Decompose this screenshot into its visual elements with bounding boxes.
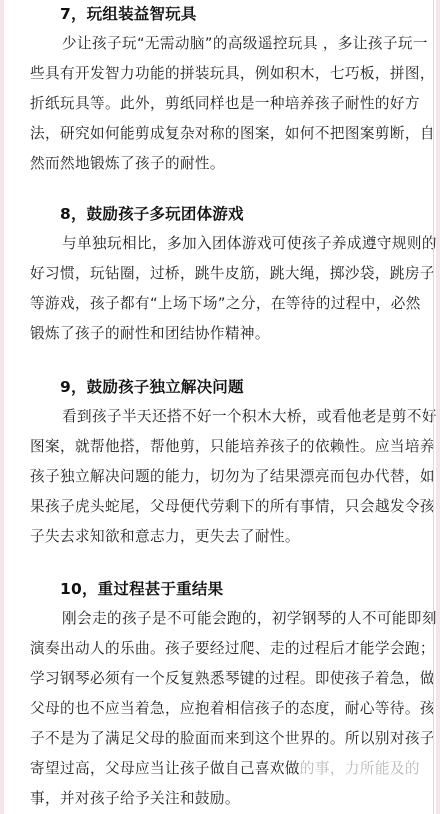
text-line: 看到孩子半天还搭不好一个积木大桥，或看他老是剪不好 — [30, 402, 420, 432]
section-8: 8，鼓励孩子多玩团体游戏 与单独玩相比，多加入团体游戏可使孩子养成遵守规则的 好… — [30, 203, 420, 349]
text-line: 孩子独立解决问题的能力，切勿为了结果漂亮而包办代替，如 — [30, 462, 420, 492]
section-10: 10，重过程甚于重结果 刚会走的孩子是不可能会跑的，初学钢琴的人不可能即刻 演奏… — [30, 578, 420, 814]
text-line: 演奏出动人的乐曲。孩子要经过爬、走的过程后才能学会跑； — [30, 634, 420, 664]
section-paragraph: 看到孩子半天还搭不好一个积木大桥，或看他老是剪不好 图案，就帮他搭，帮他剪，只能… — [30, 402, 420, 552]
section-paragraph: 与单独玩相比，多加入团体游戏可使孩子养成遵守规则的 好习惯，玩钻圈，过桥，跳牛皮… — [30, 229, 420, 349]
page-frame: 7，玩组装益智玩具 少让孩子玩“无需动脑”的高级遥控玩具 ，多让孩子玩一 些具有… — [0, 0, 440, 814]
section-heading: 10，重过程甚于重结果 — [30, 578, 420, 600]
text-line: 些具有开发智力功能的拼装玩具，例如积木，七巧板，拼图， — [30, 59, 420, 89]
text-line: 刚会走的孩子是不可能会跑的，初学钢琴的人不可能即刻 — [30, 604, 420, 634]
watermark-faded-text: 的事，力所能及的 — [300, 760, 420, 777]
text-line: 学习钢琴必须有一个反复熟悉琴键的过程。即使孩子着急，做 — [30, 664, 420, 694]
text-line: 子不是为了满足父母的脸面而来到这个世界的。所以别对孩子 — [30, 724, 420, 754]
text-line: 子失去求知欲和意志力，更失去了耐性。 — [30, 522, 420, 552]
text-line: 等游戏，孩子都有“上场下场”之分，在等待的过程中，必然 — [30, 289, 420, 319]
section-paragraph: 少让孩子玩“无需动脑”的高级遥控玩具 ，多让孩子玩一 些具有开发智力功能的拼装玩… — [30, 29, 420, 179]
section-heading: 8，鼓励孩子多玩团体游戏 — [30, 203, 420, 225]
section-9: 9，鼓励孩子独立解决问题 看到孩子半天还搭不好一个积木大桥，或看他老是剪不好 图… — [30, 376, 420, 552]
section-7: 7，玩组装益智玩具 少让孩子玩“无需动脑”的高级遥控玩具 ，多让孩子玩一 些具有… — [30, 3, 420, 179]
text-line: 折纸玩具等。此外，剪纸同样也是一种培养孩子耐性的好方 — [30, 89, 420, 119]
text-line: 图案，就帮他搭，帮他剪，只能培养孩子的依赖性。应当培养 — [30, 432, 420, 462]
section-paragraph: 刚会走的孩子是不可能会跑的，初学钢琴的人不可能即刻 演奏出动人的乐曲。孩子要经过… — [30, 604, 420, 814]
text-line: 事，并对孩子给予关注和鼓励。 — [30, 784, 420, 814]
section-heading: 7，玩组装益智玩具 — [30, 3, 420, 25]
text-line: 锻炼了孩子的耐性和团结协作精神。 — [30, 319, 420, 349]
text-line: 少让孩子玩“无需动脑”的高级遥控玩具 ，多让孩子玩一 — [30, 29, 420, 59]
text-line: 与单独玩相比，多加入团体游戏可使孩子养成遵守规则的 — [30, 229, 420, 259]
text-line: 然而然地锻炼了孩子的耐性。 — [30, 149, 420, 179]
text-fragment: 寄望过高，父母应当让孩子做自己喜欢做 — [30, 760, 300, 777]
text-line: 法，研究如何能剪成复杂对称的图案，如何不把图案剪断，自 — [30, 119, 420, 149]
text-line: 果孩子虎头蛇尾，父母便代劳剩下的所有事情，只会越发令孩 — [30, 492, 420, 522]
text-line: 父母的也不应当着急，应抱着相信孩子的态度，耐心等待。孩 — [30, 694, 420, 724]
section-heading: 9，鼓励孩子独立解决问题 — [30, 376, 420, 398]
text-line: 好习惯，玩钻圈，过桥，跳牛皮筋，跳大绳，掷沙袋，跳房子 — [30, 259, 420, 289]
text-line: 寄望过高，父母应当让孩子做自己喜欢做的事，力所能及的 — [30, 754, 420, 784]
